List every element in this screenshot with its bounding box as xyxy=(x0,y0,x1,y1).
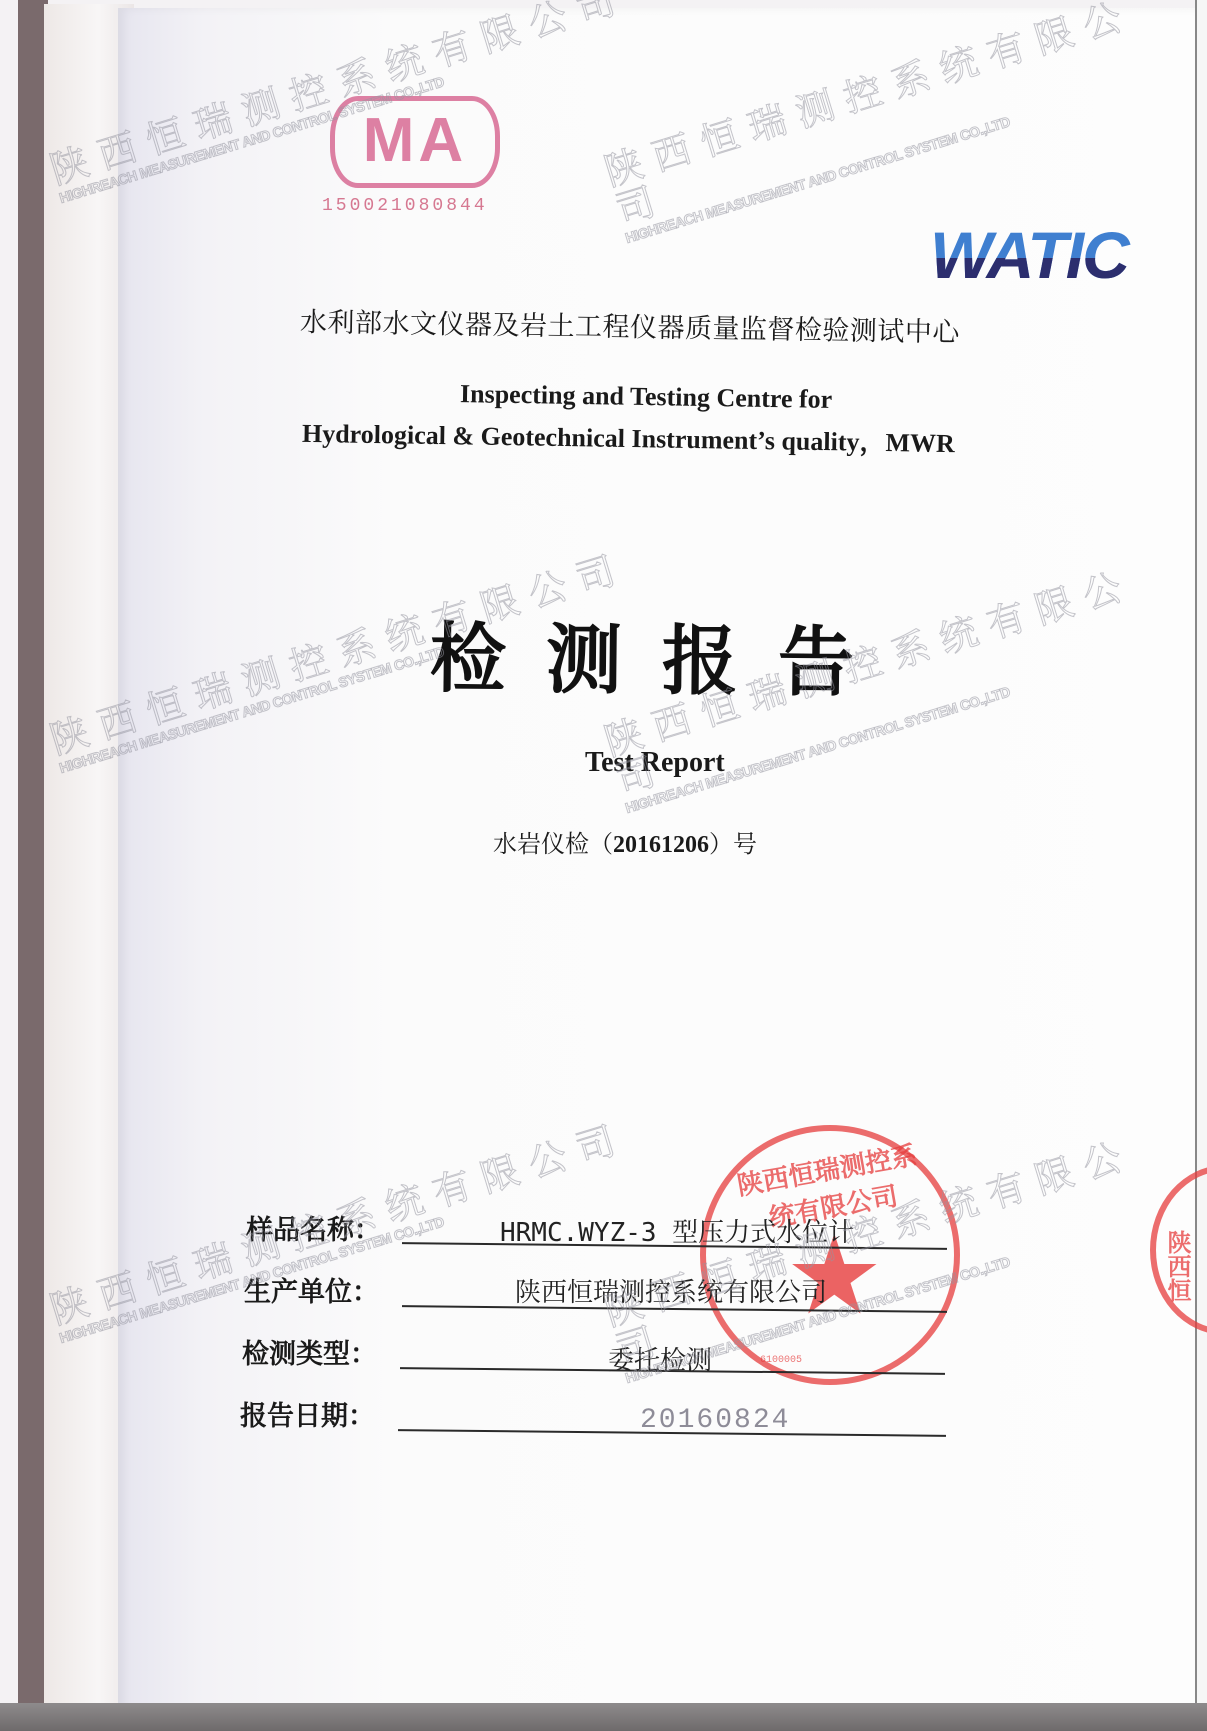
report-date-stamp: 20160824 xyxy=(640,1405,790,1436)
field-label-manufacturer: 生产单位： xyxy=(244,1270,379,1309)
report-number: 水岩仪检（20161206）号 xyxy=(493,824,757,859)
field-value-manufacturer: 陕西恒瑞测控系统有限公司 xyxy=(515,1272,827,1309)
field-label-test-type: 检测类型： xyxy=(242,1332,377,1371)
scan-bottom-shadow xyxy=(0,1703,1207,1731)
report-title-en: Test Report xyxy=(585,747,725,779)
logo-text-lower: WATIC xyxy=(930,258,1190,288)
field-label-report-date: 报告日期： xyxy=(240,1394,375,1433)
field-value-test-type: 委托检测 xyxy=(608,1340,712,1377)
report-title-cn: 检测报告 xyxy=(429,598,894,712)
report-number-value: 20161206 xyxy=(613,832,709,858)
company-seal-number: 6100005 xyxy=(760,1355,802,1366)
field-label-sample-name: 样品名称： xyxy=(246,1208,381,1247)
cma-number: 150021080844 xyxy=(322,196,488,216)
report-number-suffix: ）号 xyxy=(709,830,757,858)
watic-logo: WATIC WATIC xyxy=(930,222,1190,292)
page-right-edge xyxy=(1195,0,1207,1731)
organization-name-en-line1: Inspecting and Testing Centre for xyxy=(460,379,833,415)
report-number-prefix: 水岩仪检（ xyxy=(493,830,613,858)
partial-seal-text: 陕西恒 xyxy=(1160,1230,1195,1302)
cma-mark-icon: MA xyxy=(330,96,500,188)
field-value-sample-name: HRMC.WYZ-3 型压力式水位计 xyxy=(500,1212,854,1249)
